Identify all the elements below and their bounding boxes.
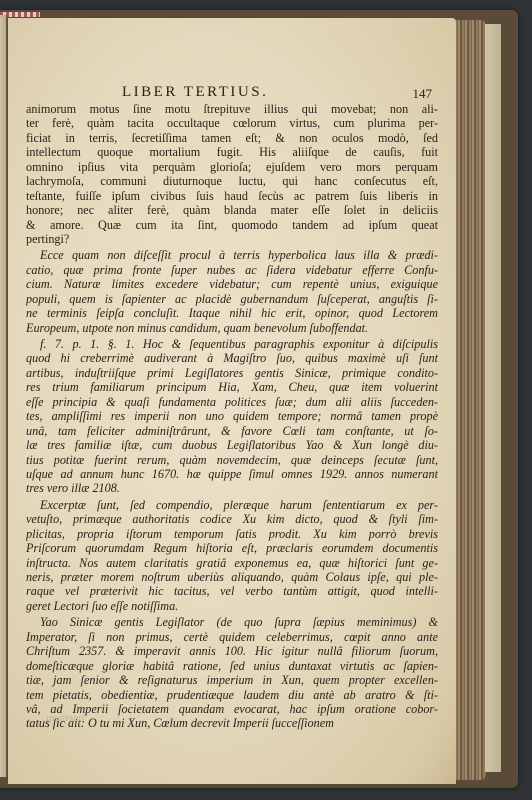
page-number: 147	[413, 86, 433, 102]
text-line: vâ, ad Imperii ſocietatem quandam evocar…	[26, 702, 438, 716]
text-line: quod hi creberrimè audiverant à Magiſtro…	[26, 351, 438, 365]
text-line: eſſe principia & quaſi fundamenta politi…	[26, 395, 438, 409]
text-line: inſtructa. Nos autem claritatis gratiâ e…	[26, 556, 438, 570]
text-line: cium. Naturæ limites excedere videbatur;…	[26, 277, 438, 291]
text-line: plicitas, propria iſtorum temporum ſatis…	[26, 527, 438, 541]
paragraph: Ecce quam non diſceſſit procul à terris …	[26, 248, 438, 335]
running-header: LIBER TERTIUS. 147	[26, 84, 438, 102]
text-line: Europeum, utpote non minus candidum, qua…	[26, 321, 438, 335]
text-line: neris, præter morem noſtrum uberiùs aliq…	[26, 570, 438, 584]
text-line: læ tres familiæ iſtæ, cum duobus Legiſla…	[26, 438, 438, 452]
text-line: & amore. Quæ cum ita ſint, quomodo tande…	[26, 218, 438, 232]
text-line: ter ferè, quàm tacita occultaque cœlorum…	[26, 116, 438, 130]
text-line: uſque ad annum hunc 1670. hæ quippe ſimu…	[26, 467, 438, 481]
bleed-through-text: quemam	[46, 712, 84, 724]
text-line: teſtante, fuiſſe ipſum civibus ſuis haud…	[26, 189, 438, 203]
text-line: Imperator, ſi non primus, certè quidem c…	[26, 630, 438, 644]
text-line: ficiat in terris, ſecretiſſima tamen eſt…	[26, 131, 438, 145]
text-line: tem pietatis, obedientiæ, prudentiæque l…	[26, 688, 438, 702]
text-line: domeſticæque gloriæ habitâ ratione, ſed …	[26, 659, 438, 673]
text-line: Excerptæ ſunt, ſed compendio, pleræque h…	[26, 498, 438, 512]
text-line: animorum motus ſine motu ſtrepituve illi…	[26, 102, 438, 116]
text-line: lachrymoſa, communi diuturnoque luctu, q…	[26, 174, 438, 188]
text-line: tes, ampliſſimi res imperii non uno quid…	[26, 409, 438, 423]
gutter-edge	[0, 15, 7, 777]
text-line: artibus, induſtriiſque primi Legiſlatore…	[26, 366, 438, 380]
text-line: honore; nec aliter ferè, quàm blanda mat…	[26, 203, 438, 217]
text-line: unâ, tam feliciter adminiſtrârunt, & fav…	[26, 424, 438, 438]
text-line: pertingi?	[26, 232, 438, 246]
text-line: Chriſtum 2357. & imperavit annis 100. Hi…	[26, 644, 438, 658]
text-line: ne terminis ſeipſa concluſit. Itaque nih…	[26, 306, 438, 320]
body-text: animorum motus ſine motu ſtrepituve illi…	[26, 102, 438, 731]
text-line: tatus ſic ait: O tu mi Xun, Cœlum decrev…	[26, 716, 438, 730]
running-title: LIBER TERTIUS.	[122, 84, 268, 101]
text-line: tres vero illæ 2108.	[26, 481, 438, 495]
flyleaf-edge	[484, 24, 501, 772]
text-block: LIBER TERTIUS. 147 animorum motus ſine m…	[26, 84, 438, 731]
text-line: Yao Sinicæ gentis Legiſlator (de quo ſup…	[26, 615, 438, 629]
paragraph: Yao Sinicæ gentis Legiſlator (de quo ſup…	[26, 615, 438, 731]
text-line: vetuſto, primæque authoritatis codice Xu…	[26, 512, 438, 526]
text-line: geret Lectori ſuo eſſe notiſſima.	[26, 599, 438, 613]
text-line: Ecce quam non diſceſſit procul à terris …	[26, 248, 438, 262]
text-line: f. 7. p. 1. §. 1. Hoc & ſequentibus para…	[26, 337, 438, 351]
text-line: tiæ, jam ſenior & reſignaturus imperium …	[26, 673, 438, 687]
paragraph: Excerptæ ſunt, ſed compendio, pleræque h…	[26, 498, 438, 614]
text-line: res trium familiarum principum Hia, Xam,…	[26, 380, 438, 394]
text-line: intellectum quoque mortalium fugit. His …	[26, 145, 438, 159]
text-line: Priſcorum quorumdam Regum hiſtoria eſt, …	[26, 541, 438, 555]
paragraph: animorum motus ſine motu ſtrepituve illi…	[26, 102, 438, 246]
text-line: tius potitæ fuerint rerum, quàm novemdec…	[26, 453, 438, 467]
text-line: populi, quem is ſapienter ac placidè gub…	[26, 292, 438, 306]
text-line: omnino ipſius vita perquàm glorioſa; eju…	[26, 160, 438, 174]
paragraph: f. 7. p. 1. §. 1. Hoc & ſequentibus para…	[26, 337, 438, 496]
text-line: raque vel præterivit hic tacitus, vel ve…	[26, 584, 438, 598]
text-line: catio, quæ prima fronte ſuper nubes ac ſ…	[26, 263, 438, 277]
